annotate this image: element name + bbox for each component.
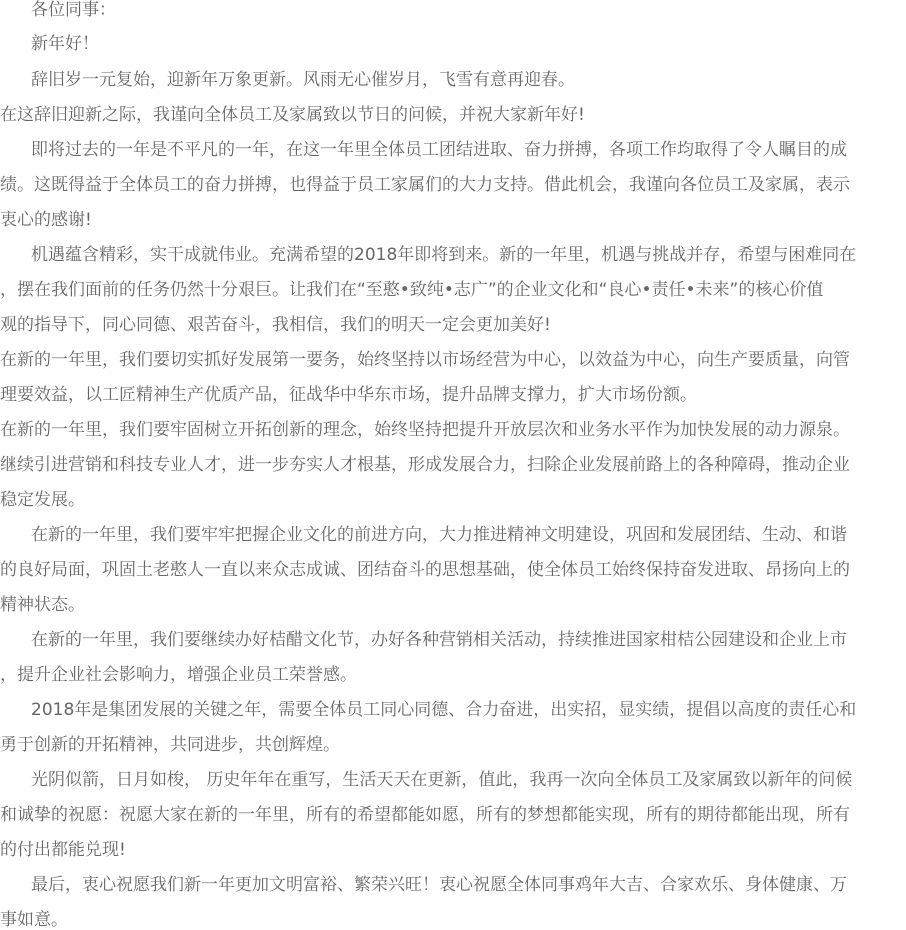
paragraph-line: 在新的一年里，我们要牢牢把握企业文化的前进方向，大力推进精神文明建设，巩固和发展… xyxy=(31,518,847,553)
paragraph-line: 衷心的感谢! xyxy=(0,203,92,238)
salutation: 各位同事： xyxy=(31,0,116,28)
paragraph-line: 的良好局面，巩固土老憨人一直以来众志成诚、团结奋斗的思想基础，使全体员工始终保持… xyxy=(0,553,850,588)
paragraph-line: 精神状态。 xyxy=(0,588,85,623)
new-year-letter: 各位同事： 新年好！ 辞旧岁一元复始，迎新年万象更新。风雨无心催岁月，飞雪有意再… xyxy=(0,0,906,930)
paragraph-line: 观的指导下，同心同德、艰苦奋斗，我相信，我们的明天一定会更加美好! xyxy=(0,308,551,343)
paragraph-line: 在新的一年里，我们要继续办好桔醋文化节，办好各种营销相关活动，持续推进国家柑桔公… xyxy=(31,623,847,658)
paragraph-line: 在这辞旧迎新之际，我谨向全体员工及家属致以节日的问候，并祝大家新年好! xyxy=(0,98,585,133)
closing-wishes-end: 事如意。 xyxy=(0,903,68,930)
paragraph-line: 绩。这既得益于全体员工的奋力拼搏，也得益于员工家属们的大力支持。借此机会，我谨向… xyxy=(0,168,850,203)
paragraph-line: 光阴似箭，日月如梭， 历史年年在重写，生活天天在更新，值此，我再一次向全体员工及… xyxy=(31,763,852,798)
paragraph-line: 的付出都能兑现! xyxy=(0,833,126,868)
paragraph-line: 机遇蕴含精彩，实干成就伟业。充满希望的2018年即将到来。新的一年里，机遇与挑战… xyxy=(31,238,856,273)
paragraph-line: 继续引进营销和科技专业人才，进一步夯实人才根基，形成发展合力，扫除企业发展前路上… xyxy=(0,448,850,483)
paragraph-line: 在新的一年里，我们要牢固树立开拓创新的理念，始终坚持把提升开放层次和业务水平作为… xyxy=(0,413,850,448)
closing-wishes: 最后，衷心祝愿我们新一年更加文明富裕、繁荣兴旺！衷心祝愿全体同事鸡年大吉、合家欢… xyxy=(31,868,847,903)
paragraph-line: ，摆在我们面前的任务仍然十分艰巨。让我们在“至憨•致纯•志广”的企业文化和“良心… xyxy=(0,273,823,308)
paragraph-line: 勇于创新的开拓精神，共同进步，共创辉煌。 xyxy=(0,728,340,763)
paragraph-line: 辞旧岁一元复始，迎新年万象更新。风雨无心催岁月，飞雪有意再迎春。 xyxy=(31,63,575,98)
paragraph-line: 理要效益，以工匠精神生产优质产品，征战华中华东市场，提升品牌支撑力，扩大市场份额… xyxy=(0,378,697,413)
paragraph-line: ，提升企业社会影响力，增强企业员工荣誉感。 xyxy=(0,658,357,693)
paragraph-line: 即将过去的一年是不平凡的一年，在这一年里全体员工团结进取、奋力拼搏，各项工作均取… xyxy=(31,133,847,168)
paragraph-line: 和诚挚的祝愿：祝愿大家在新的一年里，所有的希望都能如愿，所有的梦想都能实现，所有… xyxy=(0,798,850,833)
greeting: 新年好！ xyxy=(31,27,99,62)
paragraph-line: 稳定发展。 xyxy=(0,483,85,518)
paragraph-line: 2018年是集团发展的关键之年，需要全体员工同心同德、合力奋进，出实招，显实绩，… xyxy=(31,693,856,728)
paragraph-line: 在新的一年里，我们要切实抓好发展第一要务，始终坚持以市场经营为中心，以效益为中心… xyxy=(0,343,850,378)
